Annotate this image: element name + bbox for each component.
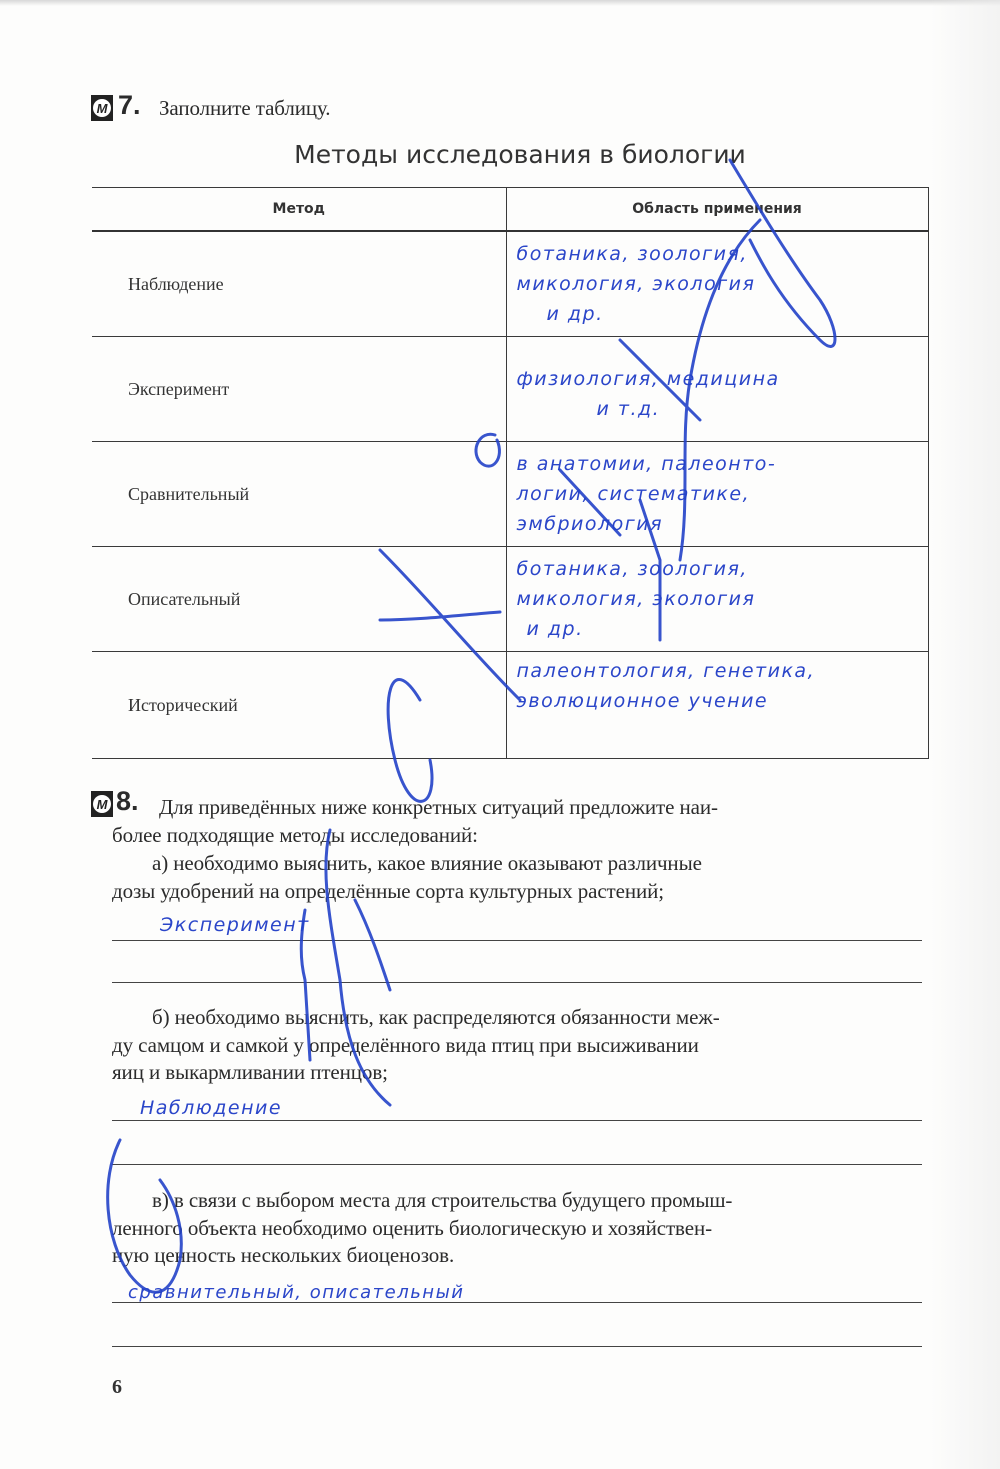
answer-line [112,1120,922,1121]
answer-line [112,1164,922,1165]
task8-intro-line: Для приведённых ниже конкретных ситуаций… [159,795,718,820]
page-number: 6 [112,1376,122,1399]
area-cell: физиология, медицина и т.д. [506,337,928,442]
task8-intro-line: более подходящие методы исследований: [112,823,478,848]
table-title: Методы исследования в биологии [0,140,1000,169]
answer-c-handwritten: сравнительный, описательный [128,1278,464,1308]
item-c-line: в) в связи с выбором места для строитель… [152,1188,732,1213]
table-row: Описательный ботаника, зоология, миколог… [92,547,928,652]
item-c-line: ную ценность нескольких биоценозов. [112,1243,454,1268]
answer-b-handwritten: Наблюдение [140,1093,282,1123]
method-cell: Наблюдение [92,231,506,337]
area-cell: ботаника, зоология, микология, экология … [506,547,928,652]
method-badge-icon: М [91,95,113,121]
handwritten-line: и т.д. [517,394,928,424]
handwritten-line: и др. [517,299,928,329]
method-cell: Исторический [92,652,506,759]
handwritten-line: эволюционное учение [517,686,928,716]
task7-number: 7. [118,90,141,121]
area-cell: ботаника, зоология, микология, экология … [506,231,928,337]
table-row: Сравнительный в анатомии, палеонто- логи… [92,442,928,547]
answer-line [112,1346,922,1347]
handwritten-line: и др. [517,614,928,644]
table-row: Эксперимент физиология, медицина и т.д. [92,337,928,442]
item-b-line: яиц и выкармливании птенцов; [112,1060,388,1085]
area-cell: палеонтология, генетика, эволюционное уч… [506,652,928,759]
handwritten-line: физиология, медицина [517,364,928,394]
methods-table: Метод Область применения Наблюдение бота… [92,187,929,759]
handwritten-line: логии, систематике, [517,479,928,509]
answer-a-handwritten: Эксперимент [160,910,310,940]
answer-line [112,940,922,941]
answer-line [112,982,922,983]
handwritten-line: микология, экология [517,584,928,614]
task7-instruction: Заполните таблицу. [159,96,330,121]
table-header-row: Метод Область применения [92,188,928,232]
handwritten-line: палеонтология, генетика, [517,656,928,686]
method-cell: Сравнительный [92,442,506,547]
column-header-area: Область применения [506,188,928,232]
item-a-line: а) необходимо выяснить, какое влияние ок… [152,851,702,876]
workbook-page: М 7. Заполните таблицу. Методы исследова… [0,0,1000,1469]
handwritten-line: ботаника, зоология, [517,554,928,584]
bleed-through-shadow [930,0,1000,1469]
handwritten-line: микология, экология [517,269,928,299]
column-header-method: Метод [92,188,506,232]
table-row: Исторический палеонтология, генетика, эв… [92,652,928,759]
method-cell: Эксперимент [92,337,506,442]
answer-line [112,1302,922,1303]
task8-number: 8. [116,786,139,817]
handwritten-line: ботаника, зоология, [517,239,928,269]
item-b-line: б) необходимо выяснить, как распределяют… [152,1005,720,1030]
handwritten-line: в анатомии, палеонто- [517,449,928,479]
item-c-line: ленного объекта необходимо оценить биоло… [112,1216,712,1241]
scan-edge-shadow [0,0,1000,6]
method-cell: Описательный [92,547,506,652]
item-a-line: дозы удобрений на определённые сорта кул… [112,879,664,904]
area-cell: в анатомии, палеонто- логии, систематике… [506,442,928,547]
handwritten-line: эмбриология [517,509,928,539]
table-row: Наблюдение ботаника, зоология, микология… [92,231,928,337]
item-b-line: ду самцом и самкой у определённого вида … [112,1033,699,1058]
method-badge-icon: М [91,791,113,817]
